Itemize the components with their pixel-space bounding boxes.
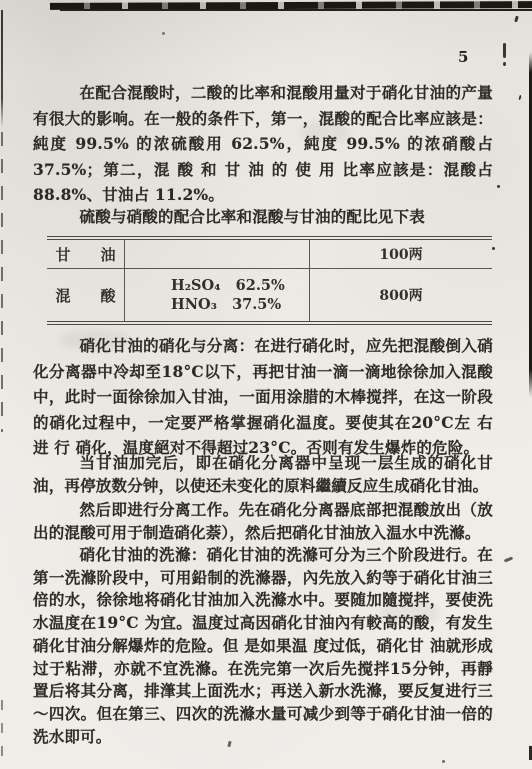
scan-artifact-speck — [514, 16, 519, 23]
table-cell-label: 混 酸 — [47, 269, 125, 321]
table-row-glycerin: 甘 油 100两 — [47, 240, 492, 269]
scan-artifact-left-edge — [1, 132, 3, 432]
table-cell-amount: 800两 — [310, 269, 492, 321]
paragraph-washing-stages: 硝化甘油的洗滌：硝化甘油的洗滌可分为三个阶段进行。在第一洗滌阶段中，可用鉛制的洗… — [33, 544, 493, 748]
paragraph-after-glycerin-added: 当甘油加完后，即在硝化分离器中呈现一层生成的硝化甘油，再停放数分钟，以使还未变化… — [33, 451, 493, 497]
scan-artifact-top-line — [60, 9, 532, 11]
formula-line-h2so4: H₂SO₄ 62.5% — [171, 276, 285, 295]
paragraph-mixed-acid-ratio: 在配合混酸时，二酸的比率和混酸用量对于硝化甘油的产量有很大的影响。在一般的条件下… — [33, 80, 493, 208]
scan-artifact-speck — [497, 185, 500, 188]
scan-artifact-speck — [162, 32, 165, 35]
scan-artifact-top-bar — [50, 1, 532, 10]
table-cell-amount: 100两 — [310, 240, 492, 268]
paragraph-nitration-separation: 硝化甘油的硝化与分离：在进行硝化时，应先把混酸倒入硝化分离器中冷却至18°C以下… — [33, 333, 493, 461]
scan-artifact-left-edge — [1, 700, 3, 769]
scanned-page: 5 在配合混酸时，二酸的比率和混酸用量对于硝化甘油的产量有很大的影响。在一般的条… — [0, 0, 532, 769]
paragraph-table-intro: 硫酸与硝酸的配合比率和混酸与甘油的配比见下表 — [33, 204, 493, 230]
table-row-mixed-acid: 混 酸 H₂SO₄ 62.5% HNO₃ 37.5% 800两 — [47, 269, 492, 321]
scan-artifact-left-edge — [1, 10, 3, 128]
scan-artifact-speck — [503, 43, 506, 58]
table-cell-detail: H₂SO₄ 62.5% HNO₃ 37.5% — [125, 269, 310, 321]
scan-artifact-speck — [504, 556, 513, 562]
table-cell-label: 甘 油 — [47, 240, 125, 268]
paragraph-separation-work: 然后即进行分离工作。先在硝化分离器底部把混酸放出（放出的混酸可用于制造硝化萘），… — [33, 498, 493, 544]
table-cell-detail — [125, 240, 310, 268]
scan-artifact-speck — [442, 760, 445, 763]
formula-line-hno3: HNO₃ 37.5% — [171, 295, 281, 314]
scan-artifact-speck — [503, 62, 506, 66]
scan-artifact-speck — [518, 95, 521, 100]
page-number: 5 — [458, 48, 468, 66]
acid-glycerin-ratio-table: 甘 油 100两 混 酸 H₂SO₄ 62.5% HNO₃ 37.5% 800两 — [47, 236, 492, 325]
scan-artifact-speck — [492, 247, 495, 250]
